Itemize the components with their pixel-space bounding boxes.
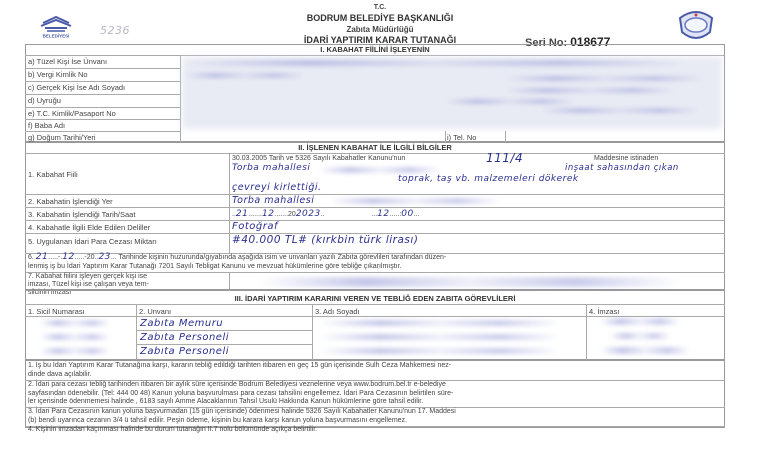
note-2-line3: ler içerisinde ödenmemesi halinde , 6183…: [28, 398, 453, 407]
divider: [136, 330, 312, 331]
field-label-ad-soyad: c) Gerçek Kişi İse Adı Soyadı: [28, 83, 125, 92]
note-3: 3. İdari Para Cezasının kanun yoluna baş…: [28, 408, 456, 425]
divider: [229, 153, 230, 253]
divider: [586, 304, 587, 360]
redacted-text: [185, 60, 685, 66]
row1-handwriting-line3: çevreyi kirlettiği.: [232, 182, 322, 193]
note-1-line1: 1. İş bu İdari Yaptırım Karar Tutanağına…: [28, 362, 451, 371]
svg-text:BELEDİYESİ: BELEDİYESİ: [43, 33, 70, 39]
divider: [25, 119, 180, 120]
redacted-text: [185, 73, 305, 78]
redacted-imza: [610, 333, 670, 339]
field-label-tel: i) Tel. No: [447, 133, 476, 142]
redacted-sicil: [40, 320, 110, 326]
redacted-text: [505, 88, 675, 93]
row-label-ceza-miktari: 5. Uygulanan İdari Para Cezası Miktarı: [28, 237, 157, 246]
note-3-line2: (b) bendi uyarınca cezanın 3/4 ü tahsil …: [28, 417, 456, 426]
row2-value: Torba mahallesi: [232, 195, 314, 206]
row3-date-time: ..21.......12.......202023.. ...12.....:…: [232, 208, 420, 219]
row6-text2: lenmiş iş bu İdari Yaptırım Karar Tutana…: [28, 262, 446, 271]
officer-title: Zabıta Memuru: [140, 318, 223, 329]
time-hour: 12: [377, 209, 389, 219]
row-label-tarih-saat: 3. Kabahatin İşlendiği Tarih/Saat: [28, 210, 135, 219]
field-label-uyruk: d) Uyruğu: [28, 96, 61, 105]
divider: [312, 304, 313, 360]
row6-year: 23: [98, 252, 110, 262]
redacted-imza: [600, 347, 690, 354]
divider: [180, 55, 181, 142]
field-label-baba-adi: f) Baba Adı: [28, 121, 65, 130]
redacted-sicil: [40, 334, 110, 340]
divider: [136, 304, 137, 360]
divider: [25, 194, 725, 195]
note-2-line1: 2. İdari para cezası tebliğ tarihinden i…: [28, 381, 453, 390]
row6-text1: Tarihinde kişinin huzurunda/gıyabında aş…: [119, 254, 447, 261]
note-4: 4. Kişinin imzadan kaçınması halinde bu …: [28, 426, 317, 435]
divider: [229, 272, 230, 290]
redacted-ad-soyad: [320, 320, 560, 326]
column-header-ad-soyad: 3. Adı Soyadı: [315, 307, 360, 316]
header-titles: T.C. BODRUM BELEDİYE BAŞKANLIĞI Zabıta M…: [230, 2, 530, 46]
redacted-ad-soyad: [320, 334, 560, 340]
row4-value: Fotoğraf: [232, 221, 278, 232]
field-label-tc-kimlik: e) T.C. Kimlik/Pasaport No: [28, 109, 116, 118]
divider: [25, 81, 180, 82]
row6-notification-text: 6. 21.....-.12.....-20..23... Tarihinde …: [28, 253, 446, 271]
row1-handwriting-line1: Torba mahallesi: [232, 163, 310, 173]
note-2-line2: sayfasından ödenebilir. (Tel: 444 00 48)…: [28, 390, 453, 399]
field-label-dogum: g) Doğum Tarihi/Yeri: [28, 133, 96, 142]
note-1: 1. İş bu İdari Yaptırım Karar Tutanağına…: [28, 362, 451, 379]
divider: [25, 304, 725, 305]
divider: [25, 153, 725, 154]
divider: [25, 316, 725, 317]
redacted-sicil: [40, 348, 110, 354]
header-tc: T.C.: [230, 2, 530, 13]
redacted-text: [320, 167, 440, 173]
note-3-line1: 3. İdari Para Cezasının kanun yoluna baş…: [28, 408, 456, 417]
row7-label-line2: imzası, Tüzel kişi ise çalışan veya tem-: [28, 281, 149, 289]
redacted-text: [540, 108, 700, 113]
row6-month: 12: [62, 252, 74, 262]
municipality-logo-icon: BELEDİYESİ: [35, 13, 77, 39]
divider: [25, 55, 725, 56]
note-2: 2. İdari para cezası tebliğ tarihinden i…: [28, 381, 453, 407]
divider: [445, 131, 446, 142]
divider: [25, 131, 180, 132]
column-header-sicil: 1. Sicil Numarası: [28, 307, 85, 316]
row1-handwriting-line1b: inşaat sahasından çıkan: [565, 163, 679, 173]
header-municipality: BODRUM BELEDİYE BAŞKANLIĞI: [230, 13, 530, 24]
time-minute: 00: [401, 209, 413, 219]
handwritten-reference: 5236: [100, 24, 130, 37]
section-1-title: I. KABAHAT FİİLİNİ İŞLEYENİN: [25, 45, 725, 54]
column-header-imza: 4. İmzası: [589, 307, 619, 316]
divider: [25, 68, 180, 69]
header-department: Zabıta Müdürlüğü: [230, 24, 530, 35]
section-3-title: III. İDARİ YAPTIRIM KARARINI VEREN VE TE…: [25, 294, 725, 303]
divider: [25, 220, 725, 221]
date-month: 12: [262, 209, 274, 219]
officer-title: Zabıta Personeli: [140, 346, 229, 357]
redacted-personal-info: [182, 57, 722, 129]
note-4-line1: 4. Kişinin imzadan kaçınması halinde bu …: [28, 426, 317, 435]
redacted-text: [505, 76, 705, 81]
row1-article: 111/4: [486, 151, 523, 165]
row1-handwriting-line2b: toprak, taş vb. malzemeleri dökerek: [398, 174, 579, 184]
officer-title: Zabıta Personeli: [140, 332, 229, 343]
row6-day: 21: [36, 252, 48, 262]
row-label-kabahat-fiili: 1. Kabahat Fiili: [28, 170, 78, 179]
row-label-deliller: 4. Kabahatle İlgili Elde Edilen Deliller: [28, 223, 150, 232]
section-2-title: II. İŞLENEN KABAHAT İLE İLGİLİ BİLGİLER: [25, 143, 725, 152]
divider: [25, 107, 180, 108]
row1-printed-suffix: Maddesine istinaden: [594, 155, 658, 162]
row5-fine-amount: #40.000 TL# (kırkbin türk lirası): [232, 234, 418, 246]
date-year: 2023: [296, 209, 321, 219]
field-label-vergi-no: b) Vergi Kimlik No: [28, 70, 88, 79]
row-label-yer: 2. Kabahatin İşlendiği Yer: [28, 197, 113, 206]
divider: [136, 344, 312, 345]
zabita-emblem-icon: [676, 8, 716, 42]
redacted-imza: [600, 318, 680, 325]
column-header-unvan: 2. Unvanı: [139, 307, 171, 316]
divider: [25, 94, 180, 95]
note-1-line2: dinde dava açılabilir.: [28, 371, 451, 380]
field-label-unvan: a) Tüzel Kişi İse Ünvanı: [28, 57, 107, 66]
date-day: 21: [236, 209, 248, 219]
redacted-text: [445, 99, 575, 104]
redacted-ad-soyad: [320, 348, 560, 354]
row1-printed-prefix: 30.03.2005 Tarih ve 5326 Sayılı Kabahatl…: [232, 155, 405, 162]
redacted-text: [330, 198, 500, 204]
redacted-signature: [260, 277, 680, 287]
divider: [505, 131, 506, 142]
row7-label-line1: 7. Kabahat fiilini işleyen gerçek kişi i…: [28, 273, 149, 281]
